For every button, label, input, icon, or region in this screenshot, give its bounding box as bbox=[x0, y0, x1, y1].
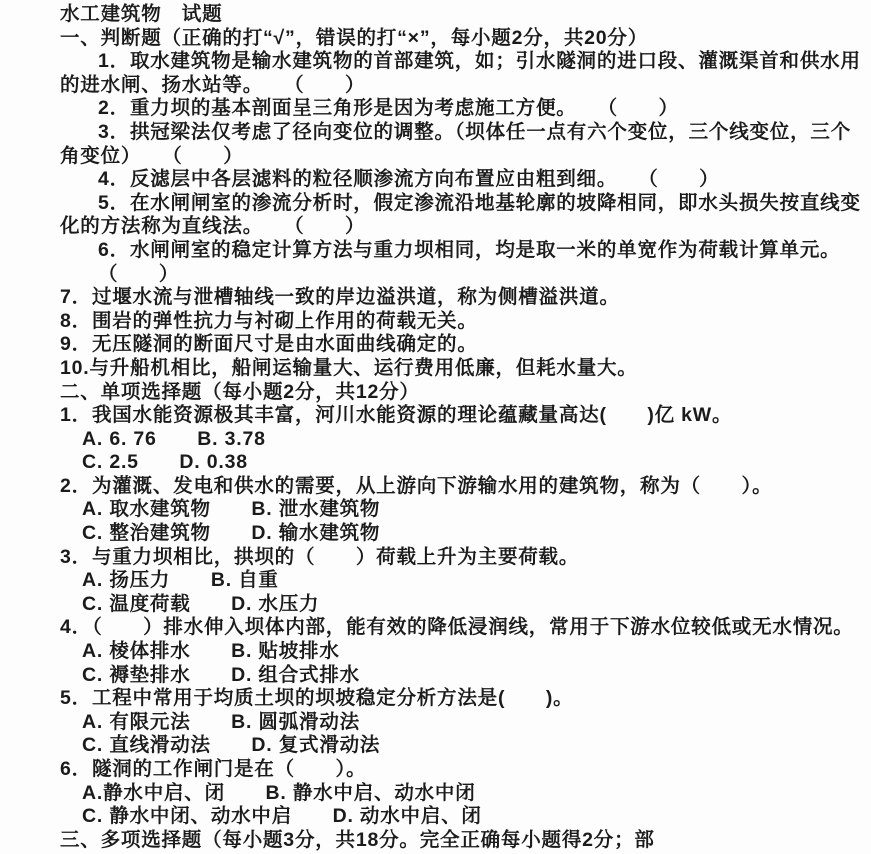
question-line: 8．围岩的弹性抗力与衬砌上作用的荷载无关。 bbox=[60, 310, 843, 334]
options-line: A. 取水建筑物 B. 泄水建筑物 bbox=[60, 498, 843, 522]
question-line: 3．与重力坝相比，拱坝的（ ）荷载上升为主要荷载。 bbox=[60, 546, 843, 570]
question-line: 4．（ ）排水伸入坝体内部，能有效的降低浸润线，常用于下游水位较低或无水情况。 bbox=[60, 616, 843, 640]
section-header: 二、单项选择题（每小题2分，共12分） bbox=[60, 381, 843, 405]
page-title: 水工建筑物 试题 bbox=[60, 3, 843, 27]
question-line: 6．水闸闸室的稳定计算方法与重力坝相同，均是取一米的单宽作为荷载计算单元。 bbox=[60, 239, 843, 263]
question-line: 6．隧洞的工作闸门是在（ ）。 bbox=[60, 758, 843, 782]
question-line: 5．工程中常用于均质土坝的坝坡稳定分析方法是( )。 bbox=[60, 687, 843, 711]
question-continuation-line: 化的方法称为直线法。 （ ） bbox=[60, 215, 843, 239]
question-line: 7．过堰水流与泄槽轴线一致的岸边溢洪道，称为侧槽溢洪道。 bbox=[60, 286, 843, 310]
options-line: A. 棱体排水 B. 贴坡排水 bbox=[60, 640, 843, 664]
question-line: 9．无压隧洞的断面尺寸是由水面曲线确定的。 bbox=[60, 333, 843, 357]
question-line: 4．反滤层中各层滤料的粒径顺渗流方向布置应由粗到细。 （ ） bbox=[60, 168, 843, 192]
answer-blank-line: （ ） bbox=[60, 263, 843, 287]
question-line: 10.与升船机相比，船闸运输量大、运行费用低廉，但耗水量大。 bbox=[60, 357, 843, 381]
question-line: 1．我国水能资源极其丰富，河川水能资源的理论蕴藏量高达( )亿 kW。 bbox=[60, 404, 843, 428]
exam-page: 水工建筑物 试题一、判断题（正确的打“√”，错误的打“×”，每小题2分，共20分… bbox=[0, 0, 871, 854]
options-line: C. 褥垫排水 D. 组合式排水 bbox=[60, 664, 843, 688]
options-line: C. 静水中闭、动水中启 D. 动水中启、闭 bbox=[60, 805, 843, 829]
options-line: A. 有限元法 B. 圆弧滑动法 bbox=[60, 711, 843, 735]
options-line: A. 扬压力 B. 自重 bbox=[60, 569, 843, 593]
question-line: 2．为灌溉、发电和供水的需要，从上游向下游输水用的建筑物，称为（ ）。 bbox=[60, 475, 843, 499]
question-line: 1．取水建筑物是输水建筑物的首部建筑，如；引水隧洞的进口段、灌溉渠首和供水用 bbox=[60, 50, 843, 74]
options-line: C. 温度荷载 D. 水压力 bbox=[60, 593, 843, 617]
question-line: 5．在水闸闸室的渗流分析时，假定渗流沿地基轮廓的坡降相同，即水头损失按直线变 bbox=[60, 192, 843, 216]
section-header: 三、多项选择题（每小题3分，共18分。完全正确每小题得2分；部 bbox=[60, 829, 843, 853]
question-continuation-line: 角变位） （ ） bbox=[60, 145, 843, 169]
question-line: 3．拱冠梁法仅考虑了径向变位的调整。（坝体任一点有六个变位，三个线变位，三个 bbox=[60, 121, 843, 145]
question-line: 2．重力坝的基本剖面呈三角形是因为考虑施工方便。 （ ） bbox=[60, 97, 843, 121]
options-line: A.静水中启、闭 B. 静水中启、动水中闭 bbox=[60, 782, 843, 806]
section-header: 一、判断题（正确的打“√”，错误的打“×”，每小题2分，共20分） bbox=[60, 27, 843, 51]
question-continuation-line: 的进水闸、扬水站等。 （ ） bbox=[60, 74, 843, 98]
options-line: C. 2.5 D. 0.38 bbox=[60, 451, 843, 475]
options-line: A. 6. 76 B. 3.78 bbox=[60, 428, 843, 452]
options-line: C. 直线滑动法 D. 复式滑动法 bbox=[60, 734, 843, 758]
options-line: C. 整治建筑物 D. 输水建筑物 bbox=[60, 522, 843, 546]
